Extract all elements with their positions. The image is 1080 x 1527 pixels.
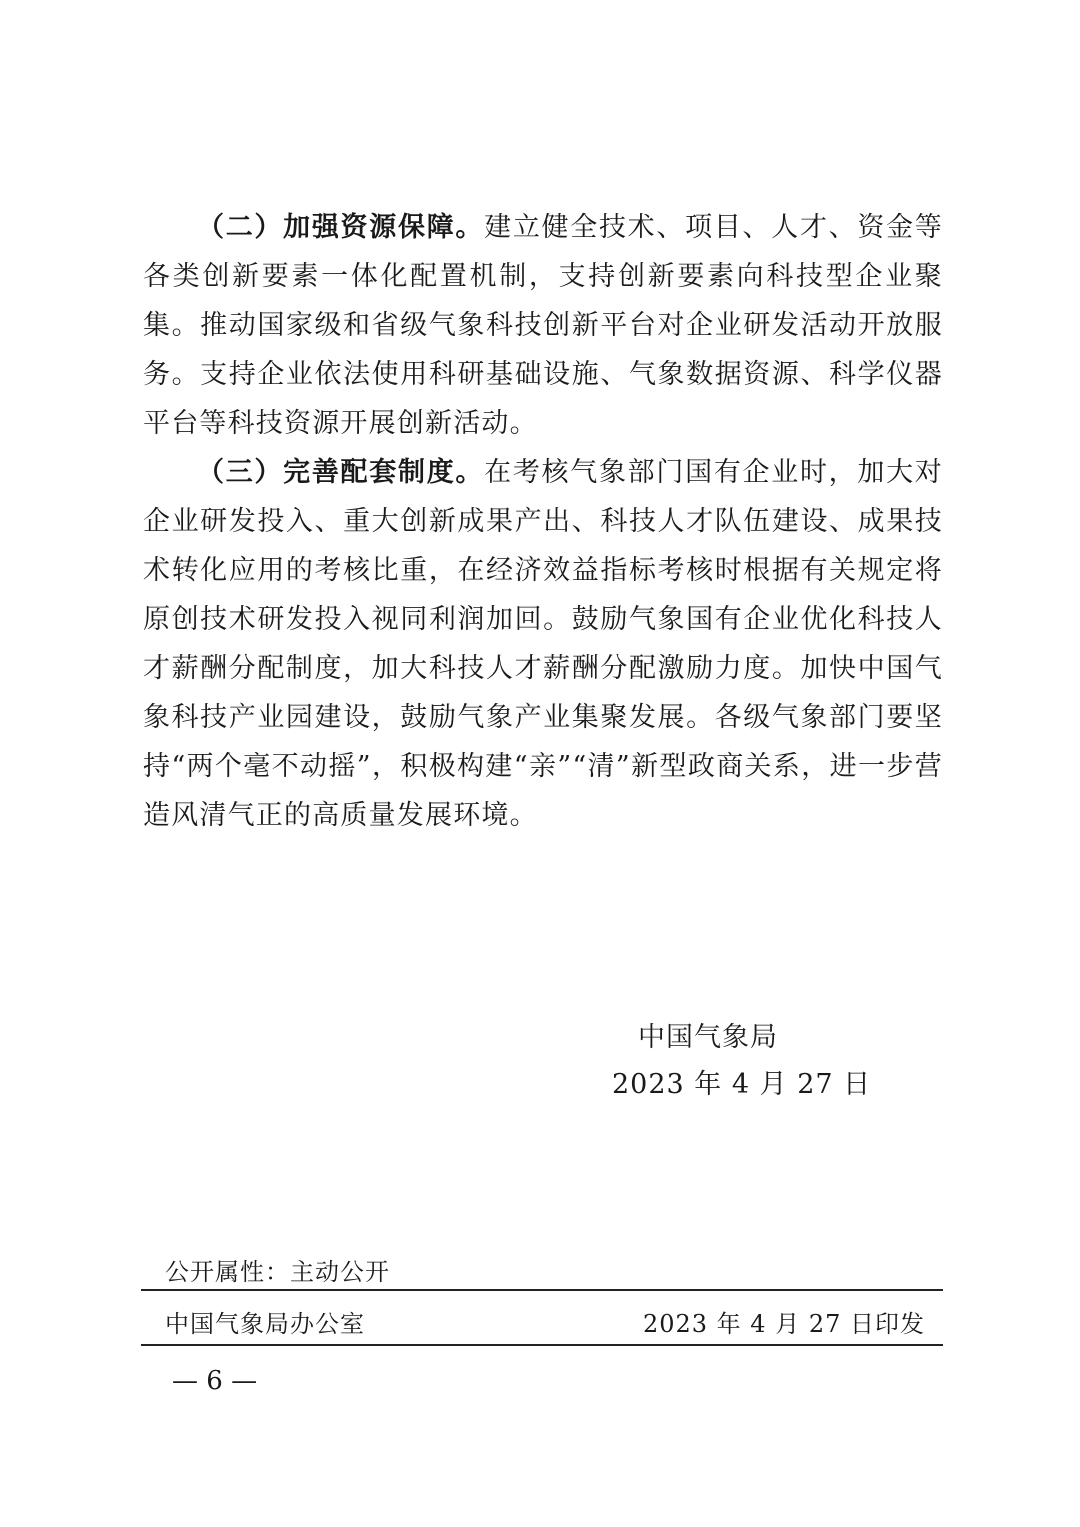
paragraph-text: 在考核气象部门国有企业时，加大对企业研发投入、重大创新成果产出、科技人才队伍建设… (143, 457, 943, 831)
page-number: — 6 — (172, 1366, 257, 1396)
paragraph-supporting-system: （三）完善配套制度。在考核气象部门国有企业时，加大对企业研发投入、重大创新成果产… (143, 448, 943, 840)
paragraph-heading: （二）加强资源保障。 (197, 212, 484, 243)
signature-date: 2023 年 4 月 27 日 (612, 1065, 871, 1105)
disclosure-attribute: 公开属性：主动公开 (165, 1252, 390, 1287)
paragraph-heading: （三）完善配套制度。 (197, 457, 484, 488)
document-body: （二）加强资源保障。建立健全技术、项目、人才、资金等各类创新要素一体化配置机制，… (143, 203, 943, 840)
issuing-office: 中国气象局办公室 (165, 1304, 365, 1339)
signature-organization: 中国气象局 (638, 1018, 778, 1058)
footer-divider-top (141, 1289, 943, 1291)
paragraph-text: 建立健全技术、项目、人才、资金等各类创新要素一体化配置机制，支持创新要素向科技型… (143, 212, 943, 439)
footer-divider-bottom (141, 1344, 943, 1346)
document-page: （二）加强资源保障。建立健全技术、项目、人才、资金等各类创新要素一体化配置机制，… (0, 0, 1080, 1527)
issue-date: 2023 年 4 月 27 日印发 (643, 1304, 925, 1339)
paragraph-resource-guarantee: （二）加强资源保障。建立健全技术、项目、人才、资金等各类创新要素一体化配置机制，… (143, 203, 943, 448)
